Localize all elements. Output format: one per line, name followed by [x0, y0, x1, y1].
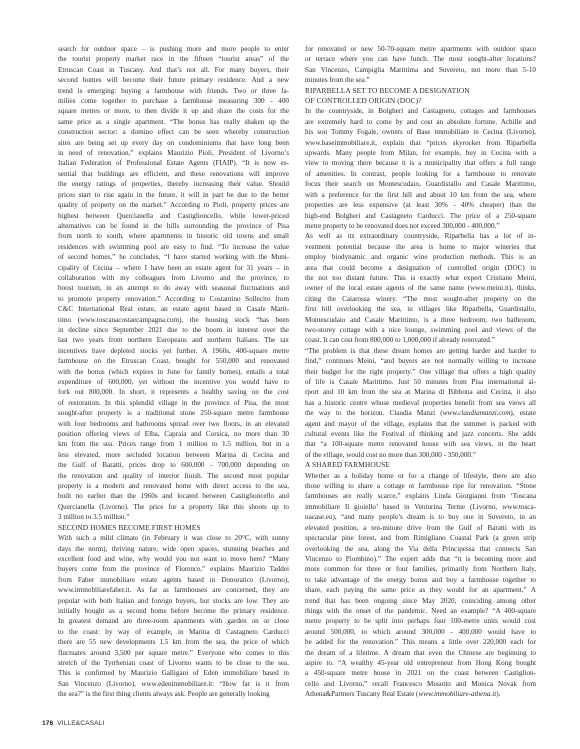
- text-line: square metres or more, to then divide it…: [58, 106, 289, 116]
- text-line: a 450-square metre house in 2021 on the …: [305, 668, 536, 678]
- text-line: to take advantage of the energy bonus an…: [305, 575, 536, 585]
- text-line: In the countryside, in Bolgheri and Cast…: [305, 106, 536, 116]
- paragraph-countryside: In the countryside, in Bolgheri and Cast…: [305, 106, 536, 220]
- text-line: first hill overlooking the sea, in villa…: [305, 304, 536, 314]
- text-line: alternatives can be found in the hills s…: [58, 221, 289, 231]
- text-line: area that could become a designation of …: [305, 263, 536, 273]
- paragraph-shared-farmhouse: Whether as a holiday home or for a chang…: [305, 471, 536, 690]
- text-line: view to moving there because it is a mun…: [305, 158, 536, 168]
- text-line: of restoration. In this splendid village…: [58, 398, 289, 408]
- text-line: sites are being set up every day on cond…: [58, 138, 289, 148]
- text-line: less elevated, more secluded location be…: [58, 450, 289, 460]
- paragraph-casale-last-line: of the village, would cost no more than …: [305, 450, 536, 460]
- paragraph-countryside-last-line: metre property to be renovated does not …: [305, 221, 536, 231]
- paragraph-casale-marittimo: “The problem is that these dream homes a…: [305, 346, 536, 408]
- text-line: buyers come from the province of Florenc…: [58, 564, 289, 574]
- text-line: agent and mayor of the village, explains…: [305, 419, 536, 429]
- text-line: or terrace where you can have lunch. The…: [305, 54, 536, 64]
- text-line: position offering views of Elba, Capraia…: [58, 429, 289, 439]
- subheading-second-homes: SECOND HOMES BECOME FIRST HOMES: [58, 523, 289, 533]
- text-line: cello and Livorno,” recall Francesco Mus…: [305, 679, 536, 689]
- text-line: Quercianella (Livorno). The price for a …: [58, 502, 289, 512]
- text-line: immobiliare Il gioiello’ based in Ventur…: [305, 502, 536, 512]
- subheading-riparbella-line1: RIPARBELLA SET TO BECOME A DESIGNATION: [305, 86, 536, 96]
- text-line: there are 55 new developments 1.5 km fro…: [58, 637, 289, 647]
- text-line: to promote property renovation.” Accordi…: [58, 294, 289, 304]
- subheading-shared-farmhouse: A SHARED FARMHOUSE: [305, 460, 536, 470]
- text-line: farmhouses are really scarce,” explains …: [305, 491, 536, 501]
- text-line: in decline since September 2021 due to t…: [58, 325, 289, 335]
- text-line: As well as its extraordinary countryside…: [305, 231, 536, 241]
- text-line: fork out 800,000. In short, it represent…: [58, 387, 289, 397]
- text-line: are extremely hard to come by and cost a…: [305, 117, 536, 127]
- text-line: owner of the local estate agents of the …: [305, 283, 536, 293]
- paragraph-riparbella-potential: As well as its extraordinary countryside…: [305, 231, 536, 335]
- text-line: sought-after property is a traditional s…: [58, 408, 289, 418]
- text-line: in need of renovation,” explains Maurizi…: [58, 148, 289, 158]
- text-line: aspire to. “A wealthy 45-year old entrep…: [305, 658, 536, 668]
- manzi-website-link[interactable]: www.claudiamanzi.com: [443, 409, 511, 417]
- text-line: cultural events like the Festival of thi…: [305, 429, 536, 439]
- text-line: share, each paying the same price as the…: [305, 585, 536, 595]
- text-line: property is a modern and renovated home …: [58, 481, 289, 491]
- text-line: In greatest demand are three-room apartm…: [58, 616, 289, 626]
- text-line: with the bonus (which expires in June fo…: [58, 367, 289, 377]
- text-line: same price as a single apartment. “The b…: [58, 117, 289, 127]
- paragraph-riparbella-last-line: coast. It can cost from 800,000 to 1,000…: [305, 335, 536, 345]
- text-line: San Vincenzo, Campiglia Marittima and Su…: [305, 65, 536, 75]
- text-line: of second homes,” he concludes, “I have …: [58, 252, 289, 262]
- text-line: “The problem is that these dream homes a…: [305, 346, 536, 356]
- paragraph-continuation: for renovated or new 50-70-square metre …: [305, 44, 536, 75]
- text-line: cipality of Cecina – where I have been a…: [58, 263, 289, 273]
- right-column: for renovated or new 50-70-square metre …: [305, 44, 536, 700]
- text-line: milies come together to purchase a farmh…: [58, 96, 289, 106]
- text-line: www.baseimmobiliare.it, explain that “pr…: [305, 138, 536, 148]
- text-line: popular with both Italian and foreign bu…: [58, 596, 289, 606]
- text-line: to the coast: by way of example, in Mari…: [58, 627, 289, 637]
- text-line: for renovated or new 50-70-square metre …: [305, 44, 536, 54]
- text-line: timo (www.toscanacostaecampagna.com), th…: [58, 315, 289, 325]
- manzi-line: the way to the horizon. Claudia Manzi (w…: [305, 408, 536, 418]
- text-line: last two years from northern Europeans a…: [58, 335, 289, 345]
- text-line: citing the Caiarossa winery. “The most s…: [305, 294, 536, 304]
- text-line: nacase.eu), “and many people’s dream is …: [305, 512, 536, 522]
- text-line: quality of property on the market.” Acco…: [58, 200, 289, 210]
- paragraph-second-homes: With such a mild climate (in February it…: [58, 533, 289, 700]
- subheading-riparbella-line2: OF CONTROLLED ORIGIN (DOC)?: [305, 96, 536, 106]
- athena-line: Athena&Partners Tuscany Real Estate (www…: [305, 689, 536, 699]
- page-number: 176: [42, 720, 53, 727]
- text-line: the sea?” is the first thing clients alw…: [58, 689, 289, 699]
- paragraph-casale-marittimo-cont: agent and mayor of the village, explains…: [305, 419, 536, 450]
- text-line: of life is Casale Marittimo. Just 50 min…: [305, 377, 536, 387]
- text-line: things with the onset of the pandemic. N…: [305, 606, 536, 616]
- text-line: high-end Bolgheri and Castagneto Carducc…: [305, 211, 536, 221]
- text-line: Italian Federation of Professional Estat…: [58, 158, 289, 168]
- text-line: focus their search on Montescudaio, Guar…: [305, 179, 536, 189]
- text-line: Etruscan Coast in Tuscany. And that’s no…: [58, 65, 289, 75]
- text-line: elevated position, a ten-minute drive fr…: [305, 523, 536, 533]
- text-line: around 500,000, to which around 300,000 …: [305, 627, 536, 637]
- text-line: San Vincenzo (Livorno), www.edenimmobili…: [58, 679, 289, 689]
- left-column: search for outdoor space – is pushing mo…: [58, 44, 289, 700]
- text-line: search for outdoor space – is pushing mo…: [58, 44, 289, 54]
- text-line: from Faber immobiliare estate agents bas…: [58, 575, 289, 585]
- text-line: the Gulf of Baratti, prices drop to 600,…: [58, 460, 289, 470]
- text-line: C&C International Real estate, an estate…: [58, 304, 289, 314]
- text-line: www.immobiliarefaber.it. As far as farmh…: [58, 585, 289, 595]
- page-footer: 176 VILLE&CASALI: [42, 720, 104, 727]
- text-line: stretch of the Tyrrhenian coast of Livor…: [58, 658, 289, 668]
- text-line: vestment potential because the area is h…: [305, 242, 536, 252]
- text-line: residences with swimming pool are easy t…: [58, 242, 289, 252]
- text-line: Whether as a holiday home or for a chang…: [305, 471, 536, 481]
- text-line: find,” continues Meini, “and buyers are …: [305, 356, 536, 366]
- text-line: from north to south, where apartments in…: [58, 231, 289, 241]
- paragraph-intro-last-line: 3 million to 3.5 million.”: [58, 512, 289, 522]
- text-line: metre property to be split into perhaps …: [305, 616, 536, 626]
- text-line: construction sector: a domino effect can…: [58, 127, 289, 137]
- text-line: This is confirmed by Maurizio Galligani …: [58, 668, 289, 678]
- text-line: days the norm), thriving nature, wide op…: [58, 544, 289, 554]
- text-line: prices start to rise again in the future…: [58, 190, 289, 200]
- text-line: of amenities. In contrast, people lookin…: [305, 169, 536, 179]
- text-line: farmhouse on the Etruscan Coast, bought …: [58, 356, 289, 366]
- text-line: the tourist property market race in the …: [58, 54, 289, 64]
- text-line: trend is emerging: buying a farmhouse wi…: [58, 86, 289, 96]
- text-line: the dream of a lifetime. A dream that ev…: [305, 648, 536, 658]
- text-line: With such a mild climate (in February it…: [58, 533, 289, 543]
- text-line: fluctuates around 3,500 per square metre…: [58, 648, 289, 658]
- text-line: upwards. Many people from Milan, for exa…: [305, 148, 536, 158]
- text-line: employ biodynamic and organic wine produ…: [305, 252, 536, 262]
- paragraph-intro: search for outdoor space – is pushing mo…: [58, 44, 289, 512]
- text-line: expenditure of 600,000, yet without the …: [58, 377, 289, 387]
- text-line: their budget for the right property.” On…: [305, 367, 536, 377]
- text-line: Vincenzo to Piombino).” The expert adds …: [305, 554, 536, 564]
- athena-website-link[interactable]: www.immobiliare-athena.it: [418, 690, 496, 698]
- text-line: his son Tommy Fogale, owners of Base imm…: [305, 127, 536, 137]
- text-line: sential that buildings are efficient, an…: [58, 169, 289, 179]
- text-line: highest between Quercianella and Castigl…: [58, 211, 289, 221]
- text-line: Montescudaio and Casale Marittimo, is a …: [305, 315, 536, 325]
- text-line: km from the sea. Prices range from 1 mil…: [58, 439, 289, 449]
- text-line: the not too distant future. This is exac…: [305, 273, 536, 283]
- text-line: that “a 100-square metre renovated house…: [305, 439, 536, 449]
- text-line: two-storey cottage with a nice lounge, s…: [305, 325, 536, 335]
- text-line: those willing to share a cottage or farm…: [305, 481, 536, 491]
- text-line: initially bought as a second home before…: [58, 606, 289, 616]
- text-line: built no earlier than the 1960s and loca…: [58, 491, 289, 501]
- text-line: trend that has been ongoing since May 20…: [305, 596, 536, 606]
- text-line: boost tourism, in an attempt to do away …: [58, 283, 289, 293]
- text-line: overlooking the sea, along the Via della…: [305, 544, 536, 554]
- text-line: properties are less expensive (at least …: [305, 200, 536, 210]
- text-line: spectacular pine forest, and from Rimigl…: [305, 533, 536, 543]
- text-line: excellent food and wine, why would you n…: [58, 554, 289, 564]
- text-line: with a preference for the first hill and…: [305, 190, 536, 200]
- text-line: more common for three or four families, …: [305, 564, 536, 574]
- text-line: be added for the renovation.” This means…: [305, 637, 536, 647]
- text-line: rport and 10 km from the sea at Marina d…: [305, 387, 536, 397]
- text-line: incentives have depleted stocks yet furt…: [58, 346, 289, 356]
- text-line: with four bedrooms and bathrooms spread …: [58, 419, 289, 429]
- text-line: has a historic centre whose medieval pro…: [305, 398, 536, 408]
- text-line: the renovation and quality of interior f…: [58, 471, 289, 481]
- publication-name: VILLE&CASALI: [57, 720, 104, 727]
- text-line: the energy ratings of properties, thereb…: [58, 179, 289, 189]
- text-line: second homes will become their future pr…: [58, 75, 289, 85]
- paragraph-continuation-last-line: minutes from the sea.”: [305, 75, 536, 85]
- magazine-page: search for outdoor space – is pushing mo…: [0, 0, 580, 749]
- text-line: collaboration with my colleagues from Li…: [58, 273, 289, 283]
